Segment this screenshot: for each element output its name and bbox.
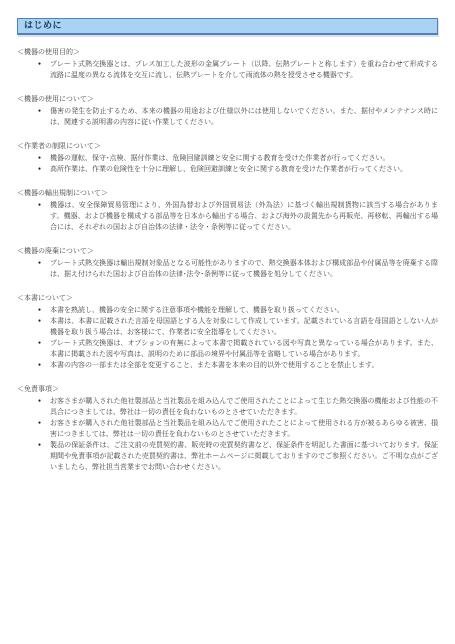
bullet-icon: ● bbox=[38, 396, 50, 418]
bullet-text: 機器は、安全保障貿易管理により、外国為替および外国貿易法（外為法）に基づく輸出規… bbox=[50, 200, 438, 233]
bullet-text: 本書を熟読し、機器の安全に関する注意事項や機能を理解して、機器を取り扱ってくださ… bbox=[50, 305, 438, 316]
sections-container: ＜機器の使用目的＞●プレート式熱交換器とは、プレス加工した波形の金属プレート（以… bbox=[17, 47, 438, 473]
bullet-item: ●プレート式熱交換器とは、プレス加工した波形の金属プレート（以降、伝熱プレートと… bbox=[17, 59, 438, 81]
section-heading: ＜本書について＞ bbox=[17, 293, 438, 304]
section-heading: ＜機器の使用目的＞ bbox=[17, 47, 438, 58]
bullet-text: 機器の運転、保守･点検、据付作業は、危険回避訓練と安全に関する教育を受けた作業者… bbox=[50, 153, 438, 164]
bullet-text: 製品の保証条件は、ご注文前の売買契約書、販売時の売買契約書など、保証条件を明記し… bbox=[50, 440, 438, 473]
bullet-item: ●本書は、本書に記載された言語を母国語とする人を対象にして作成しています。記載さ… bbox=[17, 316, 438, 338]
bullet-icon: ● bbox=[38, 316, 50, 338]
bullet-list: ●機器の運転、保守･点検、据付作業は、危険回避訓練と安全に関する教育を受けた作業… bbox=[17, 153, 438, 175]
bullet-item: ●本書の内容の一部または全部を変更すること、また本書を本来の目的以外で使用するこ… bbox=[17, 360, 438, 371]
bullet-item: ●機器の運転、保守･点検、据付作業は、危険回避訓練と安全に関する教育を受けた作業… bbox=[17, 153, 438, 164]
section-2: ＜作業者の制限について＞●機器の運転、保守･点検、据付作業は、危険回避訓練と安全… bbox=[17, 141, 438, 175]
section-5: ＜本書について＞●本書を熟読し、機器の安全に関する注意事項や機能を理解して、機器… bbox=[17, 293, 438, 371]
section-0: ＜機器の使用目的＞●プレート式熱交換器とは、プレス加工した波形の金属プレート（以… bbox=[17, 47, 438, 81]
bullet-icon: ● bbox=[38, 200, 50, 233]
section-heading: ＜免責事項＞ bbox=[17, 384, 438, 395]
bullet-icon: ● bbox=[38, 305, 50, 316]
bullet-list: ●機器は、安全保障貿易管理により、外国為替および外国貿易法（外為法）に基づく輸出… bbox=[17, 200, 438, 233]
bullet-icon: ● bbox=[38, 164, 50, 175]
bullet-text: プレート式熱交換器とは、プレス加工した波形の金属プレート（以降、伝熱プレートと称… bbox=[50, 59, 438, 81]
bullet-text: 本書の内容の一部または全部を変更すること、また本書を本来の目的以外で使用すること… bbox=[50, 360, 438, 371]
bullet-list: ●プレート式熱交換器とは、プレス加工した波形の金属プレート（以降、伝熱プレートと… bbox=[17, 59, 438, 81]
bullet-item: ●お客さまが購入された他社製部品と当社製品を組み込んでご使用されたことによって生… bbox=[17, 396, 438, 418]
section-heading: ＜機器の輸出規制について＞ bbox=[17, 188, 438, 199]
section-4: ＜機器の廃棄について＞●プレート式熱交換器は輸出規制対象品となる可能性があります… bbox=[17, 246, 438, 280]
bullet-icon: ● bbox=[38, 258, 50, 280]
bullet-icon: ● bbox=[38, 418, 50, 440]
bullet-icon: ● bbox=[38, 59, 50, 81]
bullet-text: 傷害の発生を防止するため、本来の機器の用途および仕様以外には使用しないでください… bbox=[50, 106, 438, 128]
bullet-text: 本書は、本書に記載された言語を母国語とする人を対象にして作成しています。記載され… bbox=[50, 316, 438, 338]
document-page: はじめに ＜機器の使用目的＞●プレート式熱交換器とは、プレス加工した波形の金属プ… bbox=[0, 0, 455, 644]
bullet-list: ●プレート式熱交換器は輸出規制対象品となる可能性がありますので、熱交換器本体およ… bbox=[17, 258, 438, 280]
page-title: はじめに bbox=[24, 20, 62, 30]
bullet-text: お客さまが購入された他社製部品と当社製品を組み込んでご使用されたことによって生じ… bbox=[50, 396, 438, 418]
bullet-text: プレート式熱交換器は輸出規制対象品となる可能性がありますので、熱交換器本体および… bbox=[50, 258, 438, 280]
bullet-icon: ● bbox=[38, 360, 50, 371]
bullet-icon: ● bbox=[38, 153, 50, 164]
bullet-item: ●プレート式熱交換器は、オプションの有無によって本書で掲載されている図や写真と異… bbox=[17, 338, 438, 360]
bullet-text: プレート式熱交換器は、オプションの有無によって本書で掲載されている図や写真と異な… bbox=[50, 338, 438, 360]
section-heading: ＜機器の使用について＞ bbox=[17, 94, 438, 105]
bullet-icon: ● bbox=[38, 106, 50, 128]
bullet-list: ●本書を熟読し、機器の安全に関する注意事項や機能を理解して、機器を取り扱ってくだ… bbox=[17, 305, 438, 371]
section-heading: ＜機器の廃棄について＞ bbox=[17, 246, 438, 257]
bullet-item: ●プレート式熱交換器は輸出規制対象品となる可能性がありますので、熱交換器本体およ… bbox=[17, 258, 438, 280]
page-title-bar: はじめに bbox=[17, 18, 438, 35]
bullet-item: ●機器は、安全保障貿易管理により、外国為替および外国貿易法（外為法）に基づく輸出… bbox=[17, 200, 438, 233]
bullet-text: 高所作業は、作業の危険性を十分に理解し、危険回避訓練と安全に関する教育を受けた作… bbox=[50, 164, 438, 175]
bullet-item: ●傷害の発生を防止するため、本来の機器の用途および仕様以外には使用しないでくださ… bbox=[17, 106, 438, 128]
bullet-item: ●本書を熟読し、機器の安全に関する注意事項や機能を理解して、機器を取り扱ってくだ… bbox=[17, 305, 438, 316]
section-6: ＜免責事項＞●お客さまが購入された他社製部品と当社製品を組み込んでご使用されたこ… bbox=[17, 384, 438, 473]
bullet-item: ●高所作業は、作業の危険性を十分に理解し、危険回避訓練と安全に関する教育を受けた… bbox=[17, 164, 438, 175]
section-3: ＜機器の輸出規制について＞●機器は、安全保障貿易管理により、外国為替および外国貿… bbox=[17, 188, 438, 233]
bullet-icon: ● bbox=[38, 440, 50, 473]
bullet-text: お客さまが購入された他社製部品と当社製品を組み込んでご使用されたことによって使用… bbox=[50, 418, 438, 440]
bullet-item: ●製品の保証条件は、ご注文前の売買契約書、販売時の売買契約書など、保証条件を明記… bbox=[17, 440, 438, 473]
bullet-icon: ● bbox=[38, 338, 50, 360]
bullet-list: ●傷害の発生を防止するため、本来の機器の用途および仕様以外には使用しないでくださ… bbox=[17, 106, 438, 128]
bullet-list: ●お客さまが購入された他社製部品と当社製品を組み込んでご使用されたことによって生… bbox=[17, 396, 438, 473]
section-heading: ＜作業者の制限について＞ bbox=[17, 141, 438, 152]
bullet-item: ●お客さまが購入された他社製部品と当社製品を組み込んでご使用されたことによって使… bbox=[17, 418, 438, 440]
section-1: ＜機器の使用について＞●傷害の発生を防止するため、本来の機器の用途および仕様以外… bbox=[17, 94, 438, 128]
